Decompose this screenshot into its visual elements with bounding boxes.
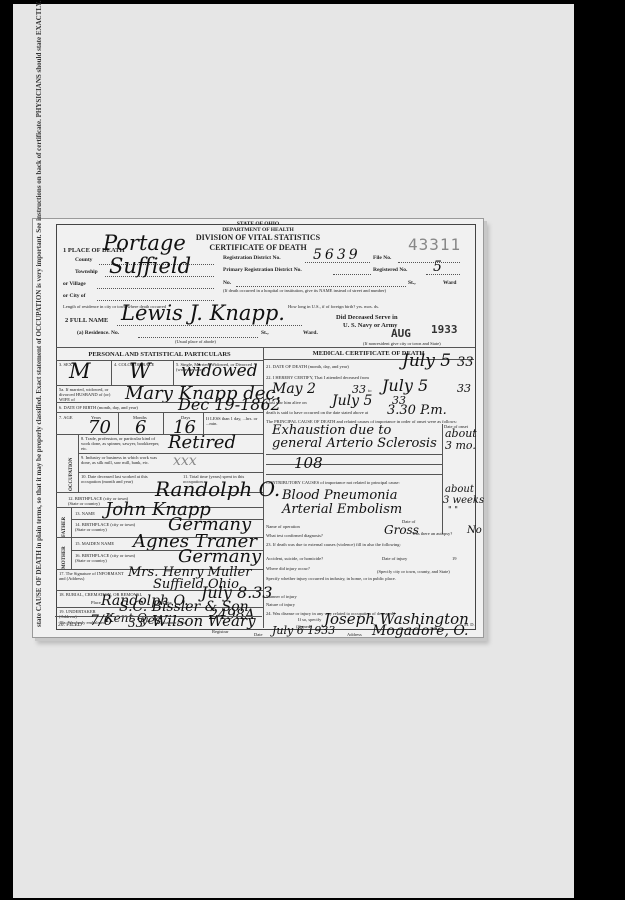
signed-date-value: July 6 1933: [272, 624, 335, 637]
address-label: Address: [347, 632, 362, 637]
physician-address-value: Mogadore, O.: [372, 623, 468, 639]
if-so-label: If so, specify: [298, 617, 321, 622]
date-label: Date: [254, 632, 263, 637]
signature-overlay: If so, specify (Signed) Joseph Washingto…: [32, 218, 482, 658]
